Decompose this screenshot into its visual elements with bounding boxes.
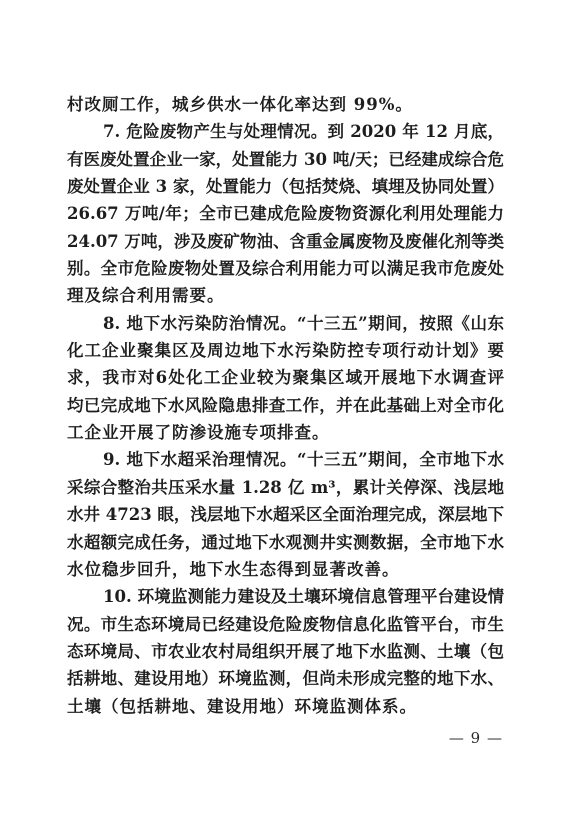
text-line: 括耕地、建设用地）环境监测，但尚未形成完整的地下水、	[67, 665, 504, 692]
text-line: 10. 环境监测能力建设及土壤环境信息管理平台建设情	[67, 583, 504, 610]
page-number-text: — 9 —	[449, 729, 503, 747]
text-line: 26.67 万吨/年；全市已建成危险废物资源化利用处理能力	[67, 200, 504, 227]
text-line: 9. 地下水超采治理情况。“十三五”期间，全市地下水超	[67, 446, 504, 473]
text-line: 有医废处置企业一家，处置能力 30 吨/天；已经建成综合危	[67, 146, 504, 173]
text-line: 土壤（包括耕地、建设用地）环境监测体系。	[67, 693, 504, 720]
text-line: 8. 地下水污染防治情况。“十三五”期间，按照《山东省	[67, 310, 504, 337]
text-line: 理及综合利用需要。	[67, 282, 504, 309]
text-line: 求，我市对6处化工企业较为聚集区域开展地下水调查评估，	[67, 364, 504, 391]
text-line: 况。市生态环境局已经建设危险废物信息化监管平台，市生	[67, 611, 504, 638]
text-line: 工企业开展了防渗设施专项排查。	[67, 419, 504, 446]
text-line: 水井 4723 眼，浅层地下水超采区全面治理完成，深层地下	[67, 501, 504, 528]
text-line: 别。全市危险废物处置及综合利用能力可以满足我市危废处	[67, 255, 504, 282]
text-line: 态环境局、市农业农村局组织开展了地下水监测、土壤（包	[67, 638, 504, 665]
text-line: 废处置企业 3 家，处置能力（包括焚烧、填埋及协同处置）	[67, 173, 504, 200]
text-line: 24.07 万吨，涉及废矿物油、含重金属废物及废催化剂等类	[67, 228, 504, 255]
text-line: 7. 危险废物产生与处理情况。到 2020 年 12 月底，全市	[67, 118, 504, 145]
document-page: 村改厕工作，城乡供水一体化率达到 99%。7. 危险废物产生与处理情况。到 20…	[0, 0, 578, 818]
text-line: 村改厕工作，城乡供水一体化率达到 99%。	[67, 91, 504, 118]
text-line: 水超额完成任务，通过地下水观测井实测数据，全市地下水	[67, 529, 504, 556]
text-line: 均已完成地下水风险隐患排查工作，并在此基础上对全市化	[67, 392, 504, 419]
text-line: 采综合整治共压采水量 1.28 亿 m³，累计关停深、浅层地下	[67, 474, 504, 501]
page-number: — 9 —	[449, 727, 503, 749]
text-line: 化工企业聚集区及周边地下水污染防控专项行动计划》要	[67, 337, 504, 364]
text-line: 水位稳步回升，地下水生态得到显著改善。	[67, 556, 504, 583]
body-text: 村改厕工作，城乡供水一体化率达到 99%。7. 危险废物产生与处理情况。到 20…	[67, 91, 504, 720]
